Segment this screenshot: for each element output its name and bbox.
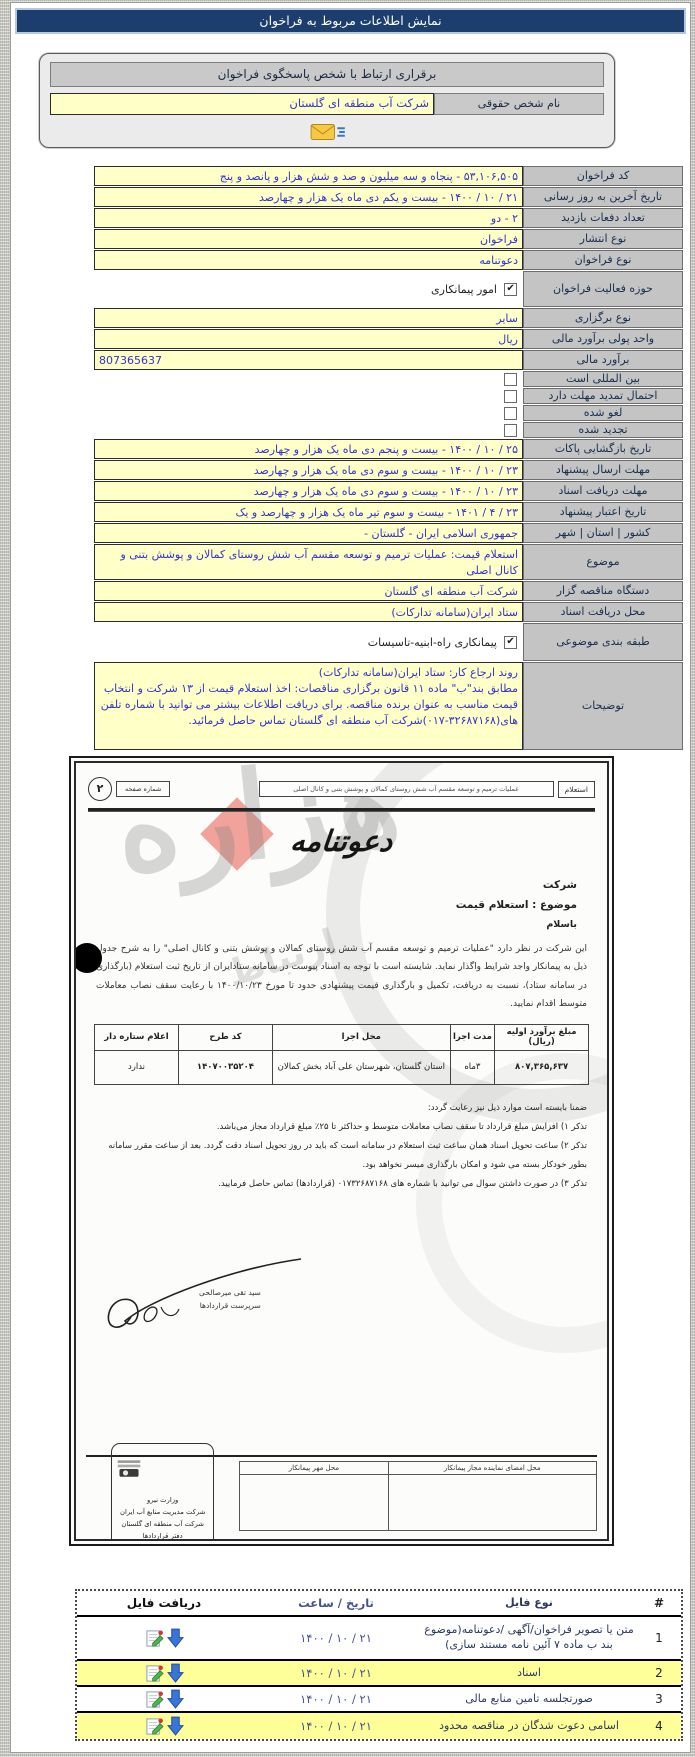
field-label: محل دریافت اسناد	[523, 602, 683, 622]
field-label: کد فراخوان	[523, 166, 683, 186]
file-num: 1	[637, 1631, 681, 1645]
legal-name-row: نام شخص حقوقی شرکت آب منطقه ای گلستان	[50, 93, 604, 115]
col-starred: اعلام ستاره دار	[95, 1024, 179, 1050]
field-label: لغو شده	[523, 405, 683, 421]
page: { "window": { "title": "نمایش اطلاعات مر…	[0, 0, 695, 1757]
field-label: دستگاه مناقصه گزار	[523, 581, 683, 601]
edit-note-icon[interactable]	[145, 1664, 164, 1683]
files-table: # نوع فایل تاریخ / ساعت دریافت فایل 1 مت…	[75, 1589, 683, 1741]
field-label: نوع فراخوان	[523, 250, 683, 270]
signer-name: سید تقی میرصالحی	[199, 1287, 261, 1300]
letter-title: دعوتنامه	[74, 824, 609, 858]
download-arrow-icon[interactable]	[167, 1663, 184, 1684]
download-arrow-icon[interactable]	[167, 1689, 184, 1710]
contact-panel-header: برقراری ارتباط با شخص پاسخگوی فراخوان	[50, 62, 604, 87]
file-row: 2 اسناد ۲۱ / ۱۰ / ۱۴۰۰	[77, 1661, 681, 1687]
file-num: 3	[637, 1692, 681, 1706]
file-row: 4 اسامی دعوت شدگان در مناقصه محدود ۲۱ / …	[77, 1713, 681, 1739]
file-type: متن یا تصویر فراخوان/آگهی /دعوتنامه(موضو…	[421, 1621, 637, 1655]
field-row-cancelled: لغو شده	[94, 405, 683, 421]
files-header-type: نوع فایل	[421, 1594, 637, 1613]
checkbox[interactable]: ✔	[504, 283, 517, 296]
letter-meta: شرکت موضوع : استعلام قیمت باسلام	[106, 876, 577, 934]
field-value[interactable]: 807365637	[94, 350, 523, 370]
letter-to: شرکت	[106, 876, 577, 896]
letter-table: مبلغ برآورد اولیه (ریال) مدت اجرا محل اج…	[94, 1024, 589, 1085]
field-label: توضیحات	[523, 662, 683, 750]
field-label: تاریخ آخرین به روز رسانی	[523, 187, 683, 207]
files-header-num: #	[637, 1596, 681, 1610]
field-label: تاریخ بازگشایی پاکات	[523, 439, 683, 459]
field-row-visits: تعداد دفعات بازدید۲ - دو	[94, 208, 683, 228]
field-label: بین المللی است	[523, 371, 683, 387]
field-value[interactable]: ستاد ایران(سامانه تدارکات)	[94, 602, 523, 622]
field-value[interactable]: شرکت آب منطقه ای گلستان	[94, 581, 523, 601]
download-arrow-icon[interactable]	[167, 1716, 184, 1737]
file-num: 4	[637, 1719, 681, 1733]
checkbox[interactable]: ✔	[504, 636, 517, 649]
field-row-estimate: برآورد مالی807365637	[94, 350, 683, 370]
field-value[interactable]: روند ارجاع کار: ستاد ایران(سامانه تدارکا…	[94, 662, 523, 750]
field-label: تجدید شده	[523, 422, 683, 438]
letter-footer: محل امضای نماینده مجاز پیمانکار محل مهر …	[86, 1455, 597, 1531]
field-row-docs-deadline: مهلت دریافت اسناد۲۳ / ۱۰ / ۱۴۰۰ - بیست و…	[94, 481, 683, 501]
field-value[interactable]: استعلام قیمت: عملیات ترمیم و توسعه مقسم …	[94, 544, 523, 580]
field-row-validity-date: تاریخ اعتبار پیشنهاد۲۳ / ۴ / ۱۴۰۱ - بیست…	[94, 502, 683, 522]
cell-plan-code: ۱۴۰۷۰۰۳۵۲۰۴	[179, 1050, 273, 1084]
field-row-currency: واحد پولی برآورد مالیریال	[94, 329, 683, 349]
field-label: احتمال تمدید مهلت دارد	[523, 388, 683, 404]
field-value[interactable]: ۲۳ / ۱۰ / ۱۴۰۰ - بیست و سوم دی ماه یک هز…	[94, 460, 523, 480]
cell-place: استان گلستان، شهرستان علی آباد بخش کمالا…	[272, 1050, 450, 1084]
field-value[interactable]: ۲۵ / ۱۰ / ۱۴۰۰ - بیست و پنجم دی ماه یک ه…	[94, 439, 523, 459]
org-logo-box: وزارت نیرو شرکت مدیریت منابع آب ایران شر…	[111, 1443, 214, 1541]
file-type: اسناد	[421, 1664, 637, 1683]
field-value[interactable]: ۵۳,۱۰۶,۵۰۵ - پنجاه و سه میلیون و صد و شش…	[94, 166, 523, 186]
footer-seal-cell: محل مهر پیمانکار	[239, 1461, 387, 1531]
file-type: اسامی دعوت شدگان در مناقصه محدود	[421, 1717, 637, 1736]
signer-role: سرپرست قراردادها	[199, 1300, 261, 1313]
field-row-call-type: نوع فراخواندعوتنامه	[94, 250, 683, 270]
file-row: 1 متن یا تصویر فراخوان/آگهی /دعوتنامه(مو…	[77, 1617, 681, 1661]
page-number: ۲	[88, 777, 112, 801]
field-value[interactable]: دعوتنامه	[94, 250, 523, 270]
header-subject-box: عملیات ترمیم و توسعه مقسم آب شش روستای ک…	[259, 781, 554, 797]
field-row-location: کشور | استان | شهرجمهوری اسلامی ایران - …	[94, 523, 683, 543]
field-value[interactable]: ۲۳ / ۱۰ / ۱۴۰۰ - بیست و سوم دی ماه یک هز…	[94, 481, 523, 501]
edit-note-icon[interactable]	[145, 1717, 164, 1736]
files-header-row: # نوع فایل تاریخ / ساعت دریافت فایل	[77, 1591, 681, 1617]
field-row-proposal-deadline: مهلت ارسال پیشنهاد۲۳ / ۱۰ / ۱۴۰۰ - بیست …	[94, 460, 683, 480]
field-value[interactable]: ۲ - دو	[94, 208, 523, 228]
field-label: حوزه فعالیت فراخوان	[523, 271, 683, 307]
checkbox-label: پیمانکاری راه-ابنیه-تاسیسات	[368, 636, 497, 649]
file-datetime: ۲۱ / ۱۰ / ۱۴۰۰	[251, 1719, 421, 1733]
file-num: 2	[637, 1666, 681, 1680]
header-divider	[88, 808, 595, 812]
field-label: کشور | استان | شهر	[523, 523, 683, 543]
field-row-agency: دستگاه مناقصه گزارشرکت آب منطقه ای گلستا…	[94, 581, 683, 601]
field-row-description: توضیحاتروند ارجاع کار: ستاد ایران(سامانه…	[94, 662, 683, 750]
col-plan-code: کد طرح	[179, 1024, 273, 1050]
field-label: واحد پولی برآورد مالی	[523, 329, 683, 349]
field-label: مهلت دریافت اسناد	[523, 481, 683, 501]
footer-seal-label: محل مهر پیمانکار	[240, 1462, 387, 1475]
letter-body: این شرکت در نظر دارد "عملیات ترمیم و توس…	[96, 940, 587, 1014]
field-row-extension: احتمال تمدید مهلت دارد	[94, 388, 683, 404]
field-label: طبقه بندی موضوعی	[523, 623, 683, 661]
letter-salutation: باسلام	[106, 916, 577, 934]
signature-scribble	[101, 1335, 331, 1354]
field-row-subject: موضوعاستعلام قیمت: عملیات ترمیم و توسعه …	[94, 544, 683, 580]
edit-note-icon[interactable]	[145, 1690, 164, 1709]
field-value[interactable]: سایر	[94, 308, 523, 328]
footer-sign-cell: محل امضای نماینده مجاز پیمانکار	[388, 1461, 598, 1531]
field-label: نوع انتشار	[523, 229, 683, 249]
footer-sign-label: محل امضای نماینده مجاز پیمانکار	[389, 1462, 597, 1475]
field-row-held-type: نوع برگزاریسایر	[94, 308, 683, 328]
checkbox[interactable]	[504, 424, 517, 437]
legal-name-field[interactable]: شرکت آب منطقه ای گلستان	[50, 93, 434, 115]
file-datetime: ۲۱ / ۱۰ / ۱۴۰۰	[251, 1666, 421, 1680]
field-row-opening-date: تاریخ بازگشایی پاکات۲۵ / ۱۰ / ۱۴۰۰ - بیس…	[94, 439, 683, 459]
send-email-button[interactable]	[40, 117, 614, 151]
field-value[interactable]: ۲۱ / ۱۰ / ۱۴۰۰ - بیست و یکم دی ماه یک هز…	[94, 187, 523, 207]
page-number-label: شماره صفحه	[116, 781, 170, 797]
checkbox[interactable]	[504, 373, 517, 386]
checkbox[interactable]	[504, 407, 517, 420]
envelope-icon	[306, 132, 348, 151]
document-preview: هزاره ارتباط استعلام عملیات ترمیم و توسع…	[69, 756, 614, 1546]
field-value[interactable]: ریال	[94, 329, 523, 349]
document-header: استعلام عملیات ترمیم و توسعه مقسم آب شش …	[88, 777, 595, 801]
field-row-classification: طبقه بندی موضوعی✔پیمانکاری راه-ابنیه-تاس…	[94, 623, 683, 661]
field-row-activity-area: حوزه فعالیت فراخوان✔امور پیمانکاری	[94, 271, 683, 307]
field-label: مهلت ارسال پیشنهاد	[523, 460, 683, 480]
cell-starred: ندارد	[95, 1050, 179, 1084]
content-frame: نمایش اطلاعات مربوط به فراخوان برقراری ا…	[10, 2, 691, 1753]
field-label: برآورد مالی	[523, 350, 683, 370]
files-header-datetime: تاریخ / ساعت	[251, 1596, 421, 1610]
field-label: تاریخ اعتبار پیشنهاد	[523, 502, 683, 522]
cell-duration: ۳ماه	[450, 1050, 494, 1084]
cell-amount: ۸۰۷,۳۶۵,۶۳۷	[495, 1050, 589, 1084]
field-value[interactable]: جمهوری اسلامی ایران - گلستان -	[94, 523, 523, 543]
field-value[interactable]: ۲۳ / ۴ / ۱۴۰۱ - بیست و سوم تیر ماه یک هز…	[94, 502, 523, 522]
field-row-publish-type: نوع انتشارفراخوان	[94, 229, 683, 249]
col-place: محل اجرا	[272, 1024, 450, 1050]
signature-block: سید تقی میرصالحی سرپرست قراردادها	[101, 1255, 331, 1350]
col-amount: مبلغ برآورد اولیه (ریال)	[495, 1024, 589, 1050]
file-datetime: ۲۱ / ۱۰ / ۱۴۰۰	[251, 1631, 421, 1645]
col-duration: مدت اجرا	[450, 1024, 494, 1050]
letter-notes: ضمنا بایسته است موارد ذیل نیز رعایت گردد…	[96, 1099, 587, 1195]
file-datetime: ۲۱ / ۱۰ / ۱۴۰۰	[251, 1692, 421, 1706]
files-header-download: دریافت فایل	[77, 1596, 251, 1610]
footer-logo-area: وزارت نیرو شرکت مدیریت منابع آب ایران شر…	[86, 1459, 239, 1531]
field-label: نوع برگزاری	[523, 308, 683, 328]
page-title: نمایش اطلاعات مربوط به فراخوان	[15, 8, 686, 34]
org-text: وزارت نیرو شرکت مدیریت منابع آب ایران شر…	[120, 1496, 205, 1540]
edit-note-icon[interactable]	[145, 1629, 164, 1648]
field-row-updated: تاریخ آخرین به روز رسانی۲۱ / ۱۰ / ۱۴۰۰ -…	[94, 187, 683, 207]
field-row-renewed: تجدید شده	[94, 422, 683, 438]
field-row-code: کد فراخوان۵۳,۱۰۶,۵۰۵ - پنجاه و سه میلیون…	[94, 166, 683, 186]
legal-name-label: نام شخص حقوقی	[434, 93, 604, 115]
field-row-docs-place: محل دریافت اسنادستاد ایران(سامانه تدارکا…	[94, 602, 683, 622]
checkbox-label: امور پیمانکاری	[431, 283, 497, 296]
field-row-international: بین المللی است	[94, 371, 683, 387]
header-tag: استعلام	[558, 781, 595, 798]
file-type: صورتجلسه تامین منابع مالی	[421, 1690, 637, 1709]
field-label: موضوع	[523, 544, 683, 580]
file-row: 3 صورتجلسه تامین منابع مالی ۲۱ / ۱۰ / ۱۴…	[77, 1687, 681, 1713]
field-label: تعداد دفعات بازدید	[523, 208, 683, 228]
letter-subject: موضوع : استعلام قیمت	[106, 896, 577, 916]
tender-fields: کد فراخوان۵۳,۱۰۶,۵۰۵ - پنجاه و سه میلیون…	[94, 166, 683, 751]
field-value[interactable]: فراخوان	[94, 229, 523, 249]
download-arrow-icon[interactable]	[167, 1628, 184, 1649]
contact-panel: برقراری ارتباط با شخص پاسخگوی فراخوان نا…	[39, 53, 615, 148]
checkbox[interactable]	[504, 390, 517, 403]
